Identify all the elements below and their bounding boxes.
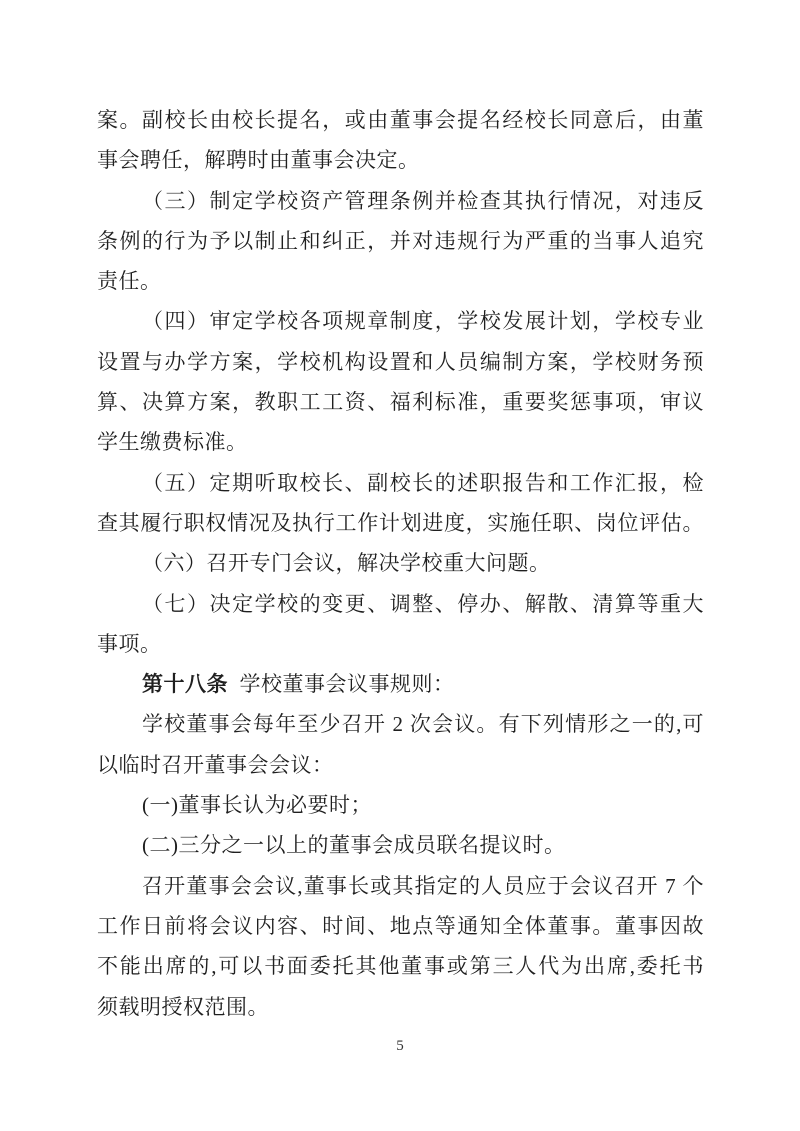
document-body: 案。副校长由校长提名，或由董事会提名经校长同意后，由董 事会聘任，解聘时由董事会… [97,100,704,1027]
document-line-item-4: （四）审定学校各项规章制度，学校发展计划，学校专业 [97,301,704,341]
article-number: 第十八条 [142,672,228,696]
document-line: 条例的行为予以制止和纠正，并对违规行为严重的当事人追究 [97,221,704,261]
document-line: 责任。 [97,261,704,301]
document-line: 不能出席的,可以书面委托其他董事或第三人代为出席,委托书 [97,946,704,986]
document-line-item-6: （六）召开专门会议，解决学校重大问题。 [97,543,704,583]
document-line-item-2: (二)三分之一以上的董事会成员联名提议时。 [97,825,704,865]
article-title: 学校董事会议事规则： [240,672,455,696]
document-page: 案。副校长由校长提名，或由董事会提名经校长同意后，由董 事会聘任，解聘时由董事会… [0,0,800,1131]
article-18-heading: 第十八条学校董事会议事规则： [97,664,704,704]
document-line: 案。副校长由校长提名，或由董事会提名经校长同意后，由董 [97,100,704,140]
document-line-item-7: （七）决定学校的变更、调整、停办、解散、清算等重大 [97,584,704,624]
document-line: 以临时召开董事会会议： [97,745,704,785]
document-line: 设置与办学方案，学校机构设置和人员编制方案，学校财务预 [97,342,704,382]
document-line: 须载明授权范围。 [97,987,704,1027]
page-number: 5 [0,1038,800,1055]
document-line: 学生缴费标准。 [97,422,704,462]
document-line-item-1: (一)董事长认为必要时； [97,785,704,825]
document-line: 工作日前将会议内容、时间、地点等通知全体董事。董事因故 [97,906,704,946]
document-line: 事会聘任，解聘时由董事会决定。 [97,140,704,180]
document-line: 事项。 [97,624,704,664]
document-line-item-5: （五）定期听取校长、副校长的述职报告和工作汇报，检 [97,463,704,503]
document-line: 学校董事会每年至少召开 2 次会议。有下列情形之一的,可 [97,704,704,744]
document-line: 算、决算方案，教职工工资、福利标准，重要奖惩事项，审议 [97,382,704,422]
document-line: 查其履行职权情况及执行工作计划进度，实施任职、岗位评估。 [97,503,704,543]
document-line: 召开董事会会议,董事长或其指定的人员应于会议召开 7 个 [97,866,704,906]
document-line-item-3: （三）制定学校资产管理条例并检查其执行情况，对违反 [97,181,704,221]
